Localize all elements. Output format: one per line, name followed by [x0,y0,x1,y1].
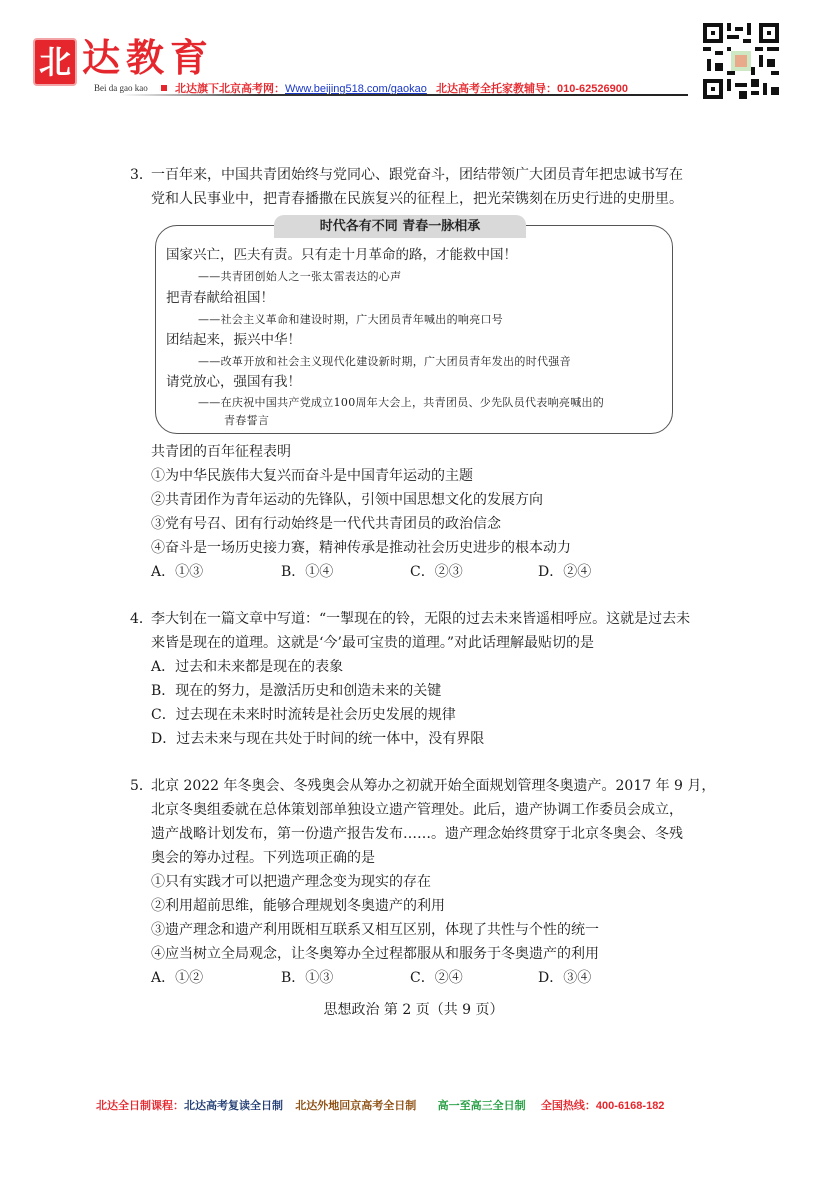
quote-box-title: 时代各有不同 青春一脉相承 [274,215,526,238]
q5-stem-line2: 北京冬奥组委就在总体策划部单独设立遗产管理处。此后，遗产协调工作委员会成立， [151,798,683,822]
q4-stem-line2: 来皆是现在的道理。这就是‘今’最可宝贵的道理。”对此话理解最贴切的是 [151,631,594,655]
course-return-beijing: 北达外地回京高考全日制 [295,1100,416,1112]
logo-text: 达教育 [82,36,214,80]
header-divider [120,94,688,96]
quote-source-4-cont: 青春誓言 [224,412,269,430]
q3-statement-1: ①为中华民族伟大复兴而奋斗是中国青年运动的主题 [151,464,473,488]
quote-source-4: ——在庆祝中国共产党成立100周年大会上，共青团员、少先队员代表响亮喊出的 [198,394,604,412]
q5-choice-d[interactable]: D．③④ [538,966,591,990]
q5-statement-2: ②利用超前思维，能够合理规划冬奥遗产的利用 [151,894,445,918]
logo-mark: 北 [33,38,77,86]
quote-source-2: ——社会主义革命和建设时期，广大团员青年喊出的响亮口号 [198,311,503,329]
logo-bullet-icon [161,85,167,91]
q3-choice-b[interactable]: B．①④ [281,560,333,584]
q3-statement-2: ②共青团作为青年运动的先锋队，引领中国思想文化的发展方向 [151,488,543,512]
q5-choice-a[interactable]: A．①② [151,966,203,990]
q3-choice-d[interactable]: D．②④ [538,560,591,584]
quote-text-4: 请党放心，强国有我！ [166,372,301,392]
q5-stem-line3: 遗产战略计划发布，第一份遗产报告发布……。遗产理念始终贯穿于北京冬奥会、冬残 [151,822,683,846]
q3-choice-c[interactable]: C．②③ [410,560,463,584]
q3-statement-3: ③党有号召、团有行动始终是一代代共青团员的政治信念 [151,512,501,536]
quote-text-1: 国家兴亡，匹夫有责。只有走十月革命的路，才能救中国！ [166,245,517,265]
courses-label: 北达全日制课程： [96,1100,184,1112]
quote-source-1: ——共青团创始人之一张太雷表达的心声 [198,268,401,286]
q3-stem-line2: 党和人民事业中，把青春播撒在民族复兴的征程上，把光荣镌刻在历史行进的史册里。 [151,187,683,211]
q5-statement-4: ④应当树立全局观念，让冬奥筹办全过程都服从和服务于冬奥遗产的利用 [151,942,599,966]
bottom-promo-bar: 北达全日制课程：北达高考复读全日制 北达外地回京高考全日制 高一至高三全日制 全… [96,1097,664,1113]
q5-choice-c[interactable]: C．②④ [410,966,463,990]
q5-statement-3: ③遗产理念和遗产利用既相互联系又相互区别，体现了共性与个性的统一 [151,918,599,942]
q3-stem-line1: 一百年来，中国共青团始终与党同心、跟党奋斗，团结带领广大团员青年把忠诚书写在 [151,163,683,187]
logo-subtitle: Bei da gao kao [94,83,148,93]
q5-choice-b[interactable]: B．①③ [281,966,333,990]
course-repeat: 北达高考复读全日制 [184,1100,283,1112]
q5-stem-line1: 北京 2022 年冬奥会、冬残奥会从筹办之初就开始全面规划管理冬奥遗产。2017… [151,774,715,798]
course-grade10-12: 高一至高三全日制 [438,1100,526,1112]
q4-choice-d[interactable]: D．过去未来与现在共处于时间的统一体中，没有界限 [151,727,484,751]
q4-number: 4． [130,607,153,631]
q4-stem-line1: 李大钊在一篇文章中写道：“一掣现在的铃，无限的过去未来皆遥相呼应。这就是过去未 [151,607,690,631]
quote-text-2: 把青春献给祖国！ [166,288,274,308]
hotline: 全国热线：400-6168-182 [541,1100,665,1112]
q3-statement-4: ④奋斗是一场历史接力赛，精神传承是推动社会历史进步的根本动力 [151,536,571,560]
q4-choice-b[interactable]: B．现在的努力，是激活历史和创造未来的关键 [151,679,441,703]
q4-choice-c[interactable]: C．过去现在未来时时流转是社会历史发展的规律 [151,703,456,727]
q5-statement-1: ①只有实践才可以把遗产理念变为现实的存在 [151,870,431,894]
q5-stem-line4: 奥会的筹办过程。下列选项正确的是 [151,846,375,870]
quote-text-3: 团结起来，振兴中华！ [166,330,301,350]
q3-choice-a[interactable]: A．①③ [151,560,203,584]
qr-code-icon [703,23,779,99]
q3-number: 3． [130,163,153,187]
page-number-footer: 思想政治 第 2 页（共 9 页） [0,999,827,1019]
q3-prompt: 共青团的百年征程表明 [151,440,291,464]
quote-source-3: ——改革开放和社会主义现代化建设新时期，广大团员青年发出的时代强音 [198,353,571,371]
q4-choice-a[interactable]: A．过去和未来都是现在的表象 [151,655,343,679]
q5-number: 5． [130,774,153,798]
